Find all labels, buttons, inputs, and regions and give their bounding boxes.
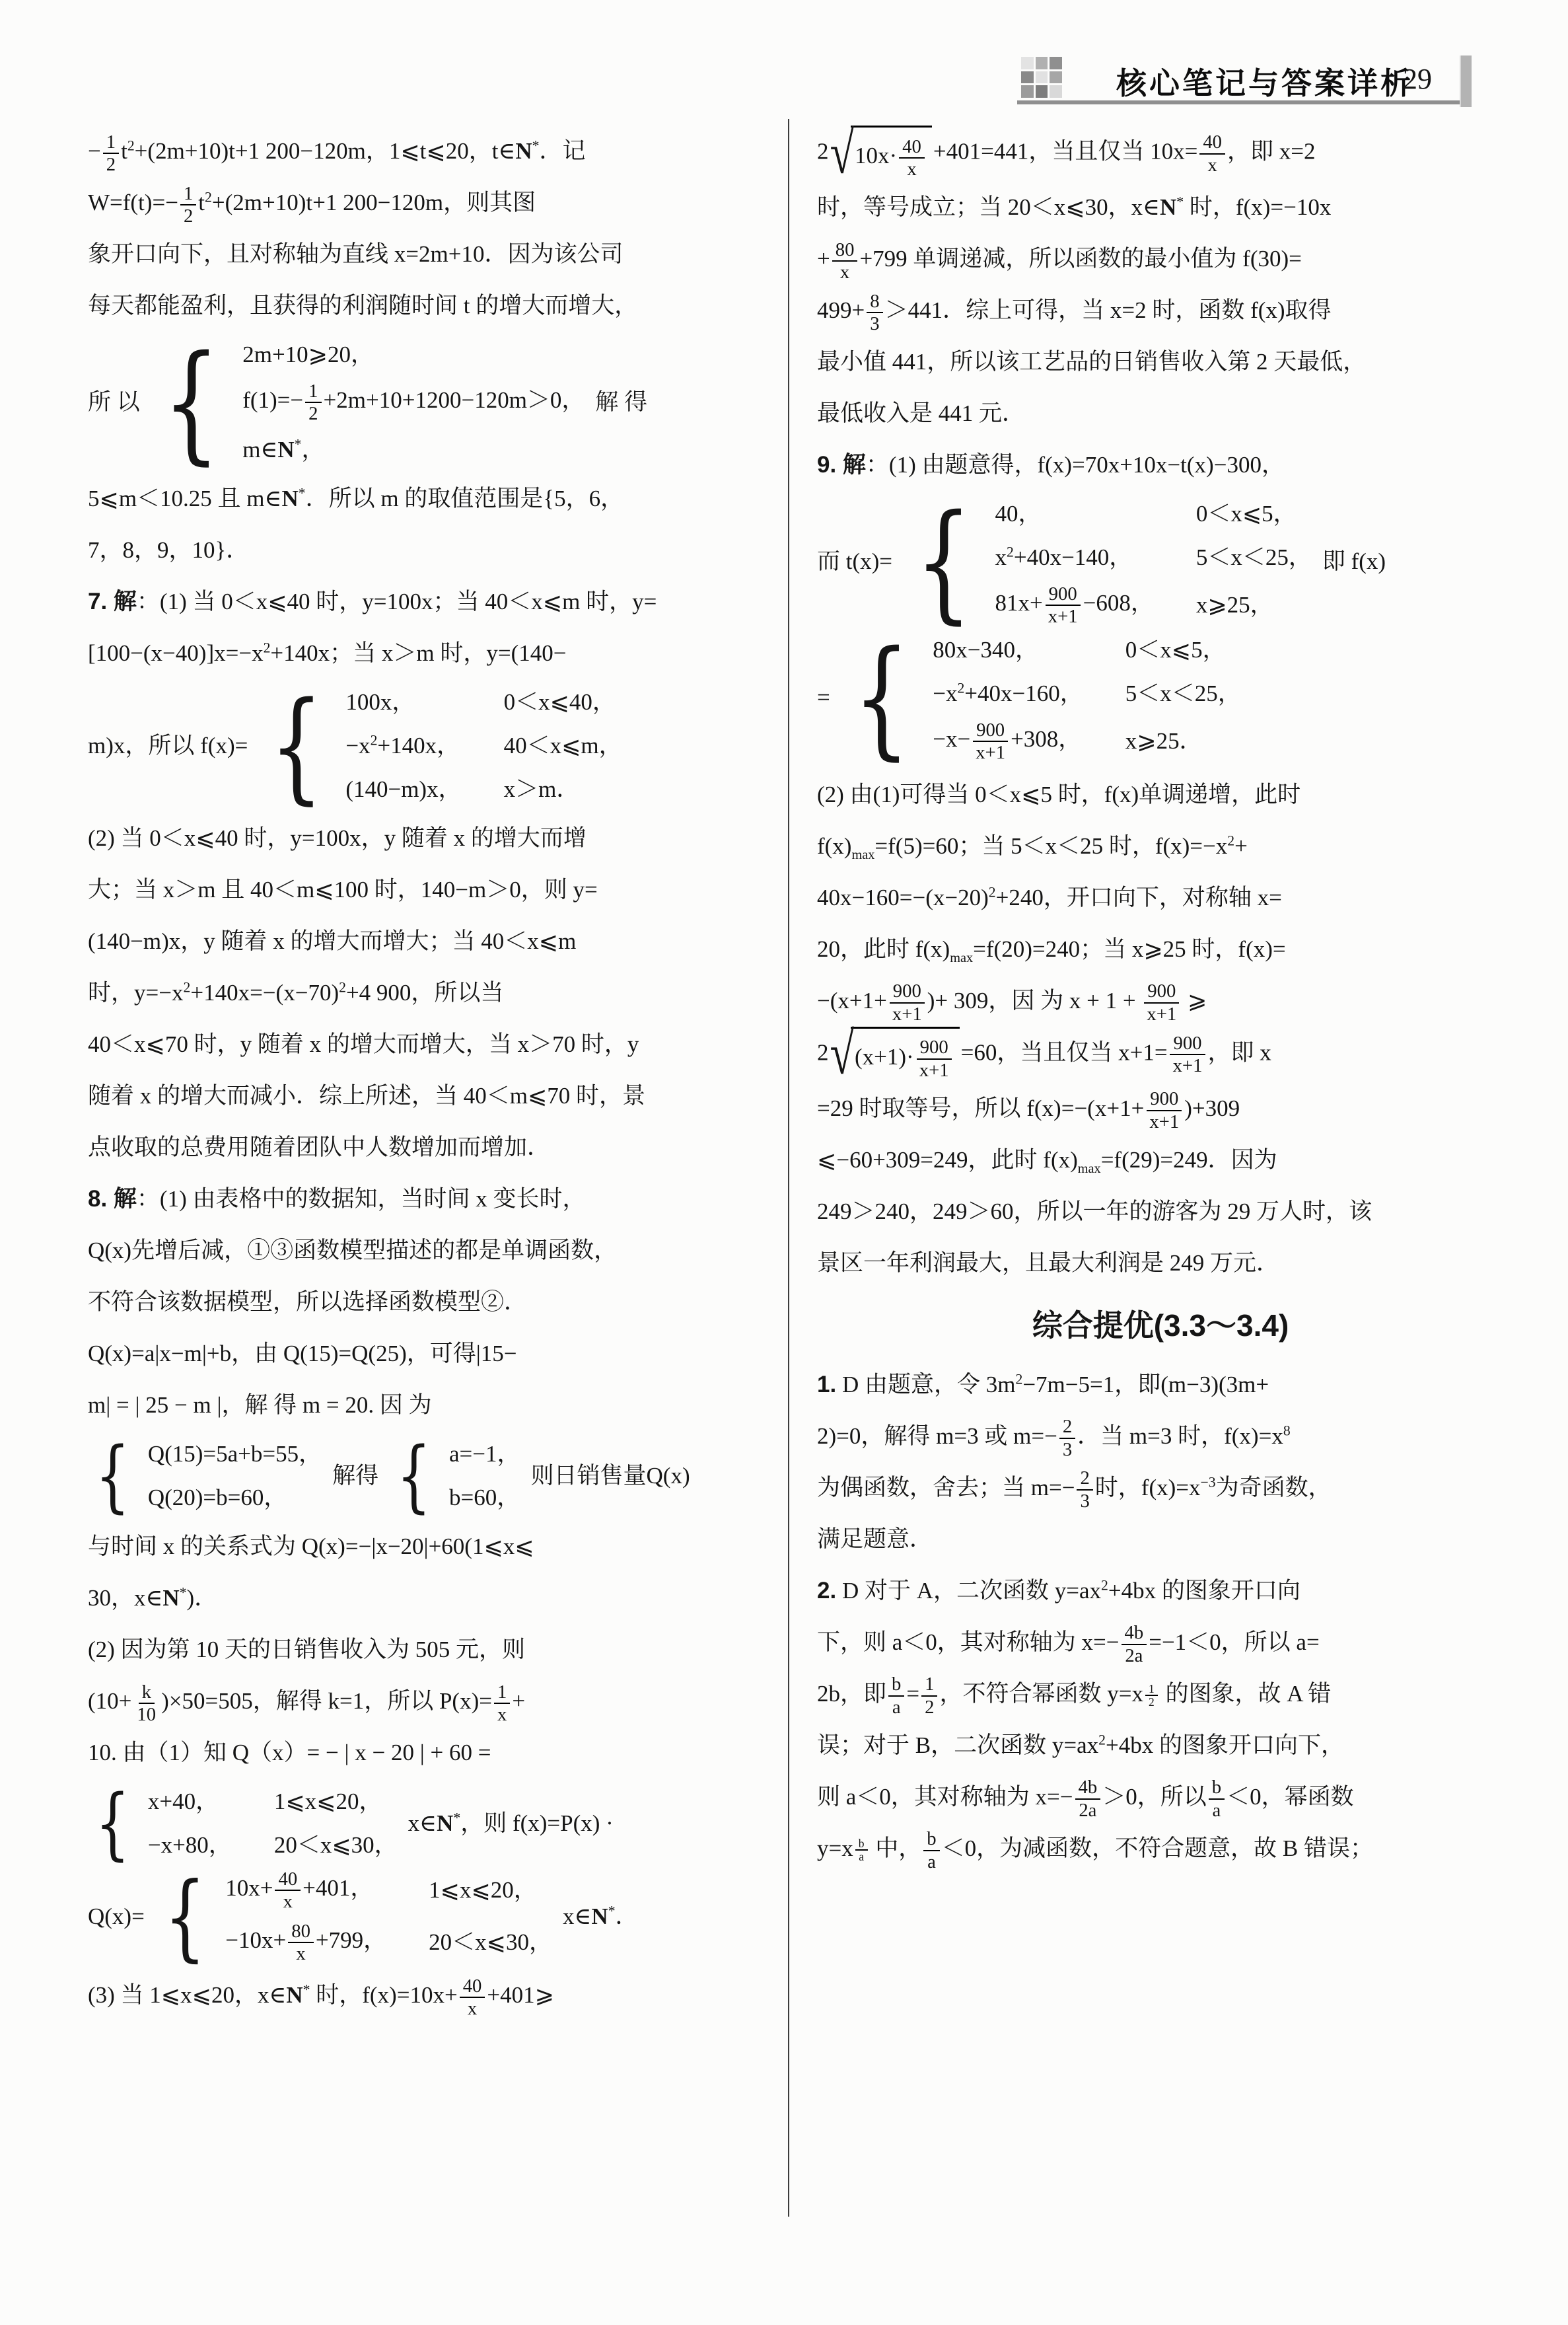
cases-cell: x⩾25， [1196,587,1312,623]
grid-square [1036,57,1048,69]
cases-lead: 所 以 [88,377,140,428]
cases-cell: f(1)=−12+2m+10+1200−120m＞0， [242,381,585,424]
text-line: 满足题意． [817,1514,1504,1565]
text-line: 10. 由（1）知 Q（x）= − | x − 20 | + 60 = [88,1727,775,1779]
grid-squares-icon [1021,57,1062,98]
cases-block: 所 以{2m+10⩾20，f(1)=−12+2m+10+1200−120m＞0，… [88,337,775,468]
cases-cell: a=−1， [449,1436,520,1472]
text-line: 景区一年利润最大，且最大利润是 249 万元． [817,1237,1504,1289]
cases-block: {x+40，1⩽x⩽20，−x+80，20＜x⩽30，x∈N*，则 f(x)=P… [88,1784,775,1863]
text-line: (3) 当 1⩽x⩽20，x∈N* 时，f(x)=10x+40x+401⩾ [88,1970,775,2021]
cases-cell: 40， [995,496,1153,532]
section-heading: 综合提优(3.3～3.4) [817,1296,1504,1355]
cases-cell: 1⩽x⩽20， [429,1872,552,1908]
workbook-page: 核心笔记与答案详析 29 −12t2+(2m+10)t+1 200−120m，1… [0,0,1568,2325]
text-line: [100−(x−40)]x=−x2+140x；当 x＞m 时，y=(140− [88,628,775,679]
text-line: 下，则 a＜0，其对称轴为 x=−4b2a=−1＜0，所以 a= [817,1617,1504,1668]
text-line: y=xba 中，ba＜0，为减函数，不符合题意，故 B 错误； [817,1823,1504,1874]
cases-cell: x⩾25． [1125,723,1241,759]
cases-rows: 40，0＜x⩽5，x2+40x−140，5＜x＜25，81x+900x+1−60… [995,496,1311,627]
text-line: 时，y=−x2+140x=−(x−70)2+4 900，所以当 [88,967,775,1019]
cases-cell: 100x， [345,684,461,720]
cases-cell: −x−900x+1+308， [933,720,1083,763]
left-brace: { [162,338,219,466]
cases-rows: a=−1，b=60， [449,1436,520,1516]
cases-cell: 0＜x⩽5， [1196,496,1312,532]
left-brace: { [915,498,972,626]
cases-trail: x∈N*． [563,1891,639,1942]
left-brace: { [164,1870,205,1964]
grid-square [1036,71,1048,84]
cases-cell: 0＜x⩽5， [1125,632,1241,668]
cases-cell: −x+80， [148,1827,232,1863]
cases-rows: 2m+10⩾20，f(1)=−12+2m+10+1200−120m＞0，m∈N*… [242,337,585,468]
page-header: 核心笔记与答案详析 29 [1017,58,1472,104]
page-number: 29 [1403,62,1432,96]
header-title: 核心笔记与答案详析 [1116,59,1413,103]
text-line: (2) 由(1)可得当 0＜x⩽5 时，f(x)单调递增，此时 [817,769,1504,821]
text-line: 每天都能盈利，且获得的利润随时间 t 的增大而增大， [88,280,775,332]
grid-square [1021,85,1034,98]
text-line: 为偶函数，舍去；当 m=−23时，f(x)=x−3为奇函数， [817,1462,1504,1514]
text-line: 20，此时 f(x)max=f(20)=240；当 x⩾25 时，f(x)= [817,924,1504,975]
cases-cell: 5＜x＜25， [1196,540,1312,575]
text-line: 9. 解：(1) 由题意得，f(x)=70x+10x−t(x)−300， [817,439,1504,491]
text-line: 2. D 对于 A，二次函数 y=ax2+4bx 的图象开口向 [817,1565,1504,1617]
system-mid-label: 解得 [332,1450,378,1502]
text-line: 30，x∈N*)． [88,1572,775,1624]
text-line: Q(x)=a|x−m|+b，由 Q(15)=Q(25)，可得|15− [88,1328,775,1380]
text-line: 8. 解：(1) 由表格中的数据知，当时间 x 变长时， [88,1173,775,1225]
equation-system-block: {Q(15)=5a+b=55，Q(20)=b=60，解得{a=−1，b=60，则… [88,1436,775,1516]
cases-cell: Q(20)=b=60， [148,1480,322,1516]
text-line: W=f(t)=−12t2+(2m+10)t+1 200−120m，则其图 [88,177,775,229]
cases-lead: Q(x)= [88,1891,145,1942]
cases-cell: 80x−340， [933,632,1083,668]
text-line: 最低收入是 441 元． [817,388,1504,439]
cases-trail: x∈N*，则 f(x)=P(x) · [408,1798,614,1849]
cases-trail: 解 得 [595,377,647,428]
text-line: 2)=0，解得 m=3 或 m=−23．当 m=3 时，f(x)=x8 [817,1411,1504,1462]
text-line: 1. D 由题意，令 3m2−7m−5=1，即(m−3)(3m+ [817,1359,1504,1411]
grid-square [1021,71,1034,84]
text-line: 2√(x+1)·900x+1=60，当且仅当 x+1=900x+1，即 x [817,1027,1504,1083]
cases-cell: −10x+80x+799， [225,1921,386,1964]
text-line: 随着 x 的增大而减小．综上所述，当 40＜m⩽70 时，景 [88,1070,775,1122]
cases-cell: Q(15)=5a+b=55， [148,1436,322,1472]
cases-cell: 1⩽x⩽20， [274,1784,398,1820]
cases-cell: (140−m)x， [345,772,461,807]
text-line: 点收取的总费用随着团队中人数增加而增加． [88,1122,775,1173]
text-line: =29 时取等号，所以 f(x)=−(x+1+900x+1)+309 [817,1083,1504,1134]
text-line: 时，等号成立；当 20＜x⩽30，x∈N* 时，f(x)=−10x [817,182,1504,233]
cases-lead: = [817,672,830,723]
cases-cell: 0＜x⩽40， [504,684,622,720]
left-brace: { [396,1437,431,1515]
text-line: 2b，即ba=12，不符合幂函数 y=x12 的图象，故 A 错 [817,1668,1504,1720]
grid-square [1050,85,1062,98]
text-line: 与时间 x 的关系式为 Q(x)=−|x−20|+60(1⩽x⩽ [88,1521,775,1572]
cases-rows: 100x，0＜x⩽40，−x2+140x，40＜x⩽m，(140−m)x，x＞m… [345,684,622,807]
cases-cell: 2m+10⩾20， [242,337,585,373]
left-brace: { [95,1437,129,1515]
cases-cell: 5＜x＜25， [1125,676,1241,712]
cases-cell: x+40， [148,1784,232,1820]
text-line: 2√10x·40x+401=441，当且仅当 10x=40x，即 x=2 [817,126,1504,182]
text-line: 大；当 x＞m 且 40＜m⩽100 时，140−m＞0，则 y= [88,864,775,916]
left-brace: { [853,634,909,762]
cases-cell: 20＜x⩽30， [274,1827,398,1863]
text-line: 7，8，9，10}． [88,525,775,576]
cases-rows: Q(15)=5a+b=55，Q(20)=b=60， [148,1436,322,1516]
cases-cell: m∈N*， [242,432,585,468]
cases-rows: x+40，1⩽x⩽20，−x+80，20＜x⩽30， [148,1784,398,1863]
cases-cell: x＞m． [504,772,622,807]
right-column: 2√10x·40x+401=441，当且仅当 10x=40x，即 x=2时，等号… [817,126,1504,1874]
cases-cell: 81x+900x+1−608， [995,583,1153,627]
text-line: m| = | 25 − m |，解 得 m = 20. 因 为 [88,1380,775,1431]
text-line: f(x)max=f(5)=60；当 5＜x＜25 时，f(x)=−x2+ [817,821,1504,872]
cases-cell: −x2+40x−160， [933,676,1083,712]
grid-square [1036,85,1048,98]
text-line: −12t2+(2m+10)t+1 200−120m，1⩽t⩽20，t∈N*．记 [88,126,775,177]
cases-block: Q(x)={10x+40x+401，1⩽x⩽20，−10x+80x+799，20… [88,1868,775,1964]
cases-rows: 80x−340，0＜x⩽5，−x2+40x−160，5＜x＜25，−x−900x… [933,632,1241,763]
cases-cell: 40＜x⩽m， [504,728,622,764]
cases-trail: 则日销售量Q(x) [531,1450,690,1502]
text-line: (2) 因为第 10 天的日销售收入为 505 元，则 [88,1624,775,1676]
text-line: 不符合该数据模型，所以选择函数模型②． [88,1276,775,1328]
text-line: 5⩽m＜10.25 且 m∈N*．所以 m 的取值范围是{5，6， [88,473,775,525]
cases-block: 而 t(x)={40，0＜x⩽5，x2+40x−140，5＜x＜25，81x+9… [817,496,1504,627]
text-line: 则 a＜0，其对称轴为 x=−4b2a＞0，所以ba＜0，幂函数 [817,1771,1504,1823]
text-line: −(x+1+900x+1)+ 309，因 为 x + 1 + 900x+1 ⩾ [817,975,1504,1027]
text-line: (10+k10)×50=505，解得 k=1，所以 P(x)=1x+ [88,1676,775,1727]
cases-lead: 而 t(x)= [817,536,892,587]
cases-trail: 即 f(x) [1322,536,1386,587]
text-line: 499+83＞441．综上可得，当 x=2 时，函数 f(x)取得 [817,285,1504,336]
left-column: −12t2+(2m+10)t+1 200−120m，1⩽t⩽20，t∈N*．记W… [88,126,775,2021]
cases-cell: b=60， [449,1480,520,1516]
text-line: 误；对于 B，二次函数 y=ax2+4bx 的图象开口向下， [817,1720,1504,1771]
grid-square [1050,57,1062,69]
text-line: 40x−160=−(x−20)2+240，开口向下，对称轴 x= [817,872,1504,924]
text-line: 象开口向下，且对称轴为直线 x=2m+10．因为该公司 [88,229,775,280]
text-line: +80x+799 单调递减，所以函数的最小值为 f(30)= [817,233,1504,285]
cases-lead: m)x，所以 f(x)= [88,720,248,772]
left-brace: { [270,686,324,806]
text-line: 7. 解：(1) 当 0＜x⩽40 时，y=100x；当 40＜x⩽m 时，y= [88,576,775,628]
cases-cell: x2+40x−140， [995,540,1153,575]
text-line: 40＜x⩽70 时，y 随着 x 的增大而增大，当 x＞70 时，y [88,1019,775,1070]
cases-cell: 20＜x⩽30， [429,1925,552,1960]
grid-square [1050,71,1062,84]
cases-rows: 10x+40x+401，1⩽x⩽20，−10x+80x+799，20＜x⩽30， [225,1868,552,1964]
text-line: 最小值 441，所以该工艺品的日销售收入第 2 天最低， [817,336,1504,388]
grid-square [1021,57,1034,69]
column-divider [788,119,789,2217]
text-line: ⩽−60+309=249，此时 f(x)max=f(29)=249．因为 [817,1134,1504,1186]
cases-cell: −x2+140x， [345,728,461,764]
left-brace: { [95,1785,129,1863]
header-edge-bar [1460,55,1472,107]
header-underline [1017,100,1462,104]
text-line: Q(x)先增后减，①③函数模型描述的都是单调函数， [88,1225,775,1276]
text-line: 249＞240，249＞60，所以一年的游客为 29 万人时，该 [817,1186,1504,1237]
text-line: (2) 当 0＜x⩽40 时，y=100x，y 随着 x 的增大而增 [88,813,775,864]
cases-block: ={80x−340，0＜x⩽5，−x2+40x−160，5＜x＜25，−x−90… [817,632,1504,763]
cases-cell: 10x+40x+401， [225,1868,386,1912]
cases-block: m)x，所以 f(x)={100x，0＜x⩽40，−x2+140x，40＜x⩽m… [88,684,775,807]
text-line: (140−m)x，y 随着 x 的增大而增大；当 40＜x⩽m [88,916,775,967]
